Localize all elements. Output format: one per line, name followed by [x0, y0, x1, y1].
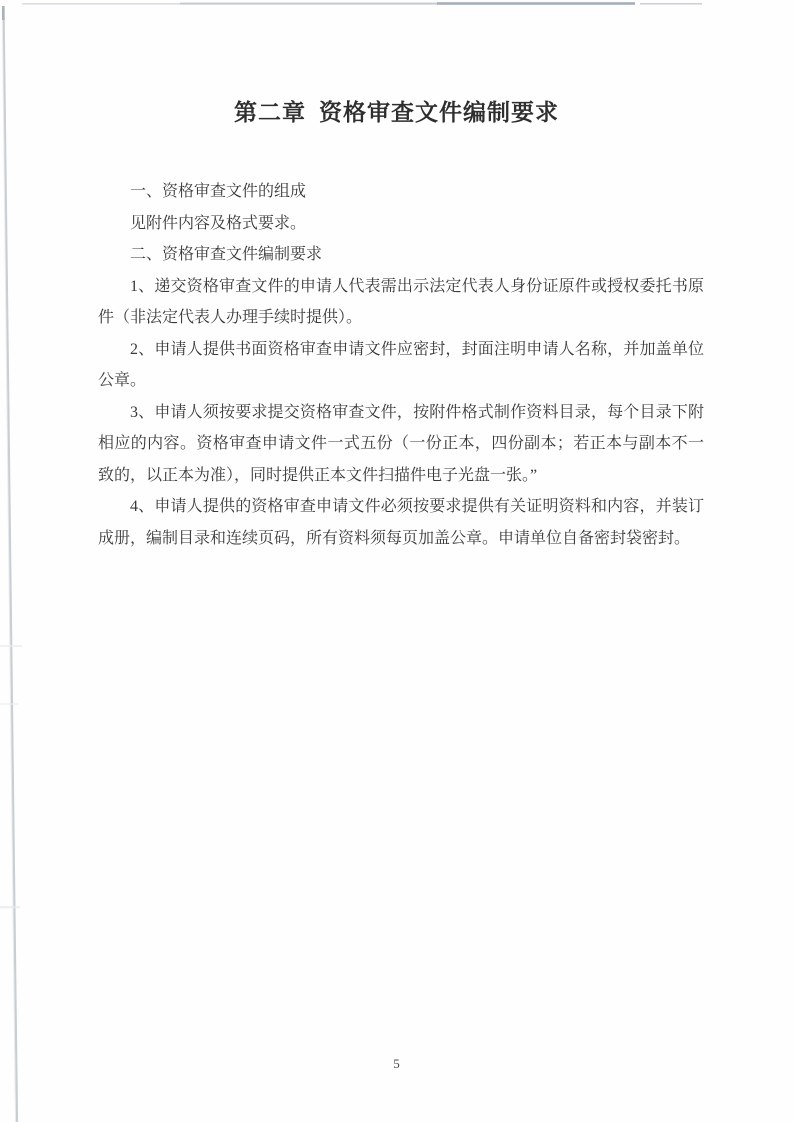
numbered-paragraph: 1、递交资格审查文件的申请人代表需出示法定代表人身份证原件或授权委托书原件（非法… [98, 271, 704, 334]
numbered-paragraph: 3、申请人须按要求提交资格审查文件，按附件格式制作资料目录，每个目录下附相应的内… [98, 397, 704, 492]
scan-left-smudge [0, 645, 22, 647]
scan-fold-line-highlight [2, 6, 15, 1122]
scan-top-segment [640, 3, 702, 5]
chapter-title: 第二章资格审查文件编制要求 [0, 94, 793, 127]
chapter-title-text: 资格审查文件编制要求 [319, 100, 559, 125]
scan-left-smudge [0, 703, 18, 705]
document-body: 一、资格审查文件的组成 见附件内容及格式要求。 二、资格审查文件编制要求 1、递… [98, 176, 704, 554]
chapter-number: 第二章 [234, 100, 306, 125]
scan-top-segment [437, 2, 635, 5]
numbered-paragraph: 2、申请人提供书面资格审查申请文件应密封，封面注明申请人名称，并加盖单位公章。 [98, 334, 704, 397]
scan-left-smudge [0, 906, 20, 908]
section-heading: 二、资格审查文件编制要求 [98, 239, 704, 271]
numbered-paragraph: 4、申请人提供的资格审查申请文件必须按要求提供有关证明资料和内容，并装订成册，编… [98, 491, 704, 554]
scan-fold-line [4, 6, 18, 1122]
scan-artifact-lines [0, 0, 793, 1122]
scan-top-segment [22, 3, 180, 5]
document-page: 第二章资格审查文件编制要求 一、资格审查文件的组成 见附件内容及格式要求。 二、… [0, 0, 793, 1122]
scan-top-segment [180, 3, 437, 5]
section-heading: 一、资格审查文件的组成 [98, 176, 704, 208]
paragraph: 见附件内容及格式要求。 [98, 208, 704, 240]
scan-corner-tick [2, 6, 5, 20]
page-number: 5 [0, 1056, 793, 1072]
